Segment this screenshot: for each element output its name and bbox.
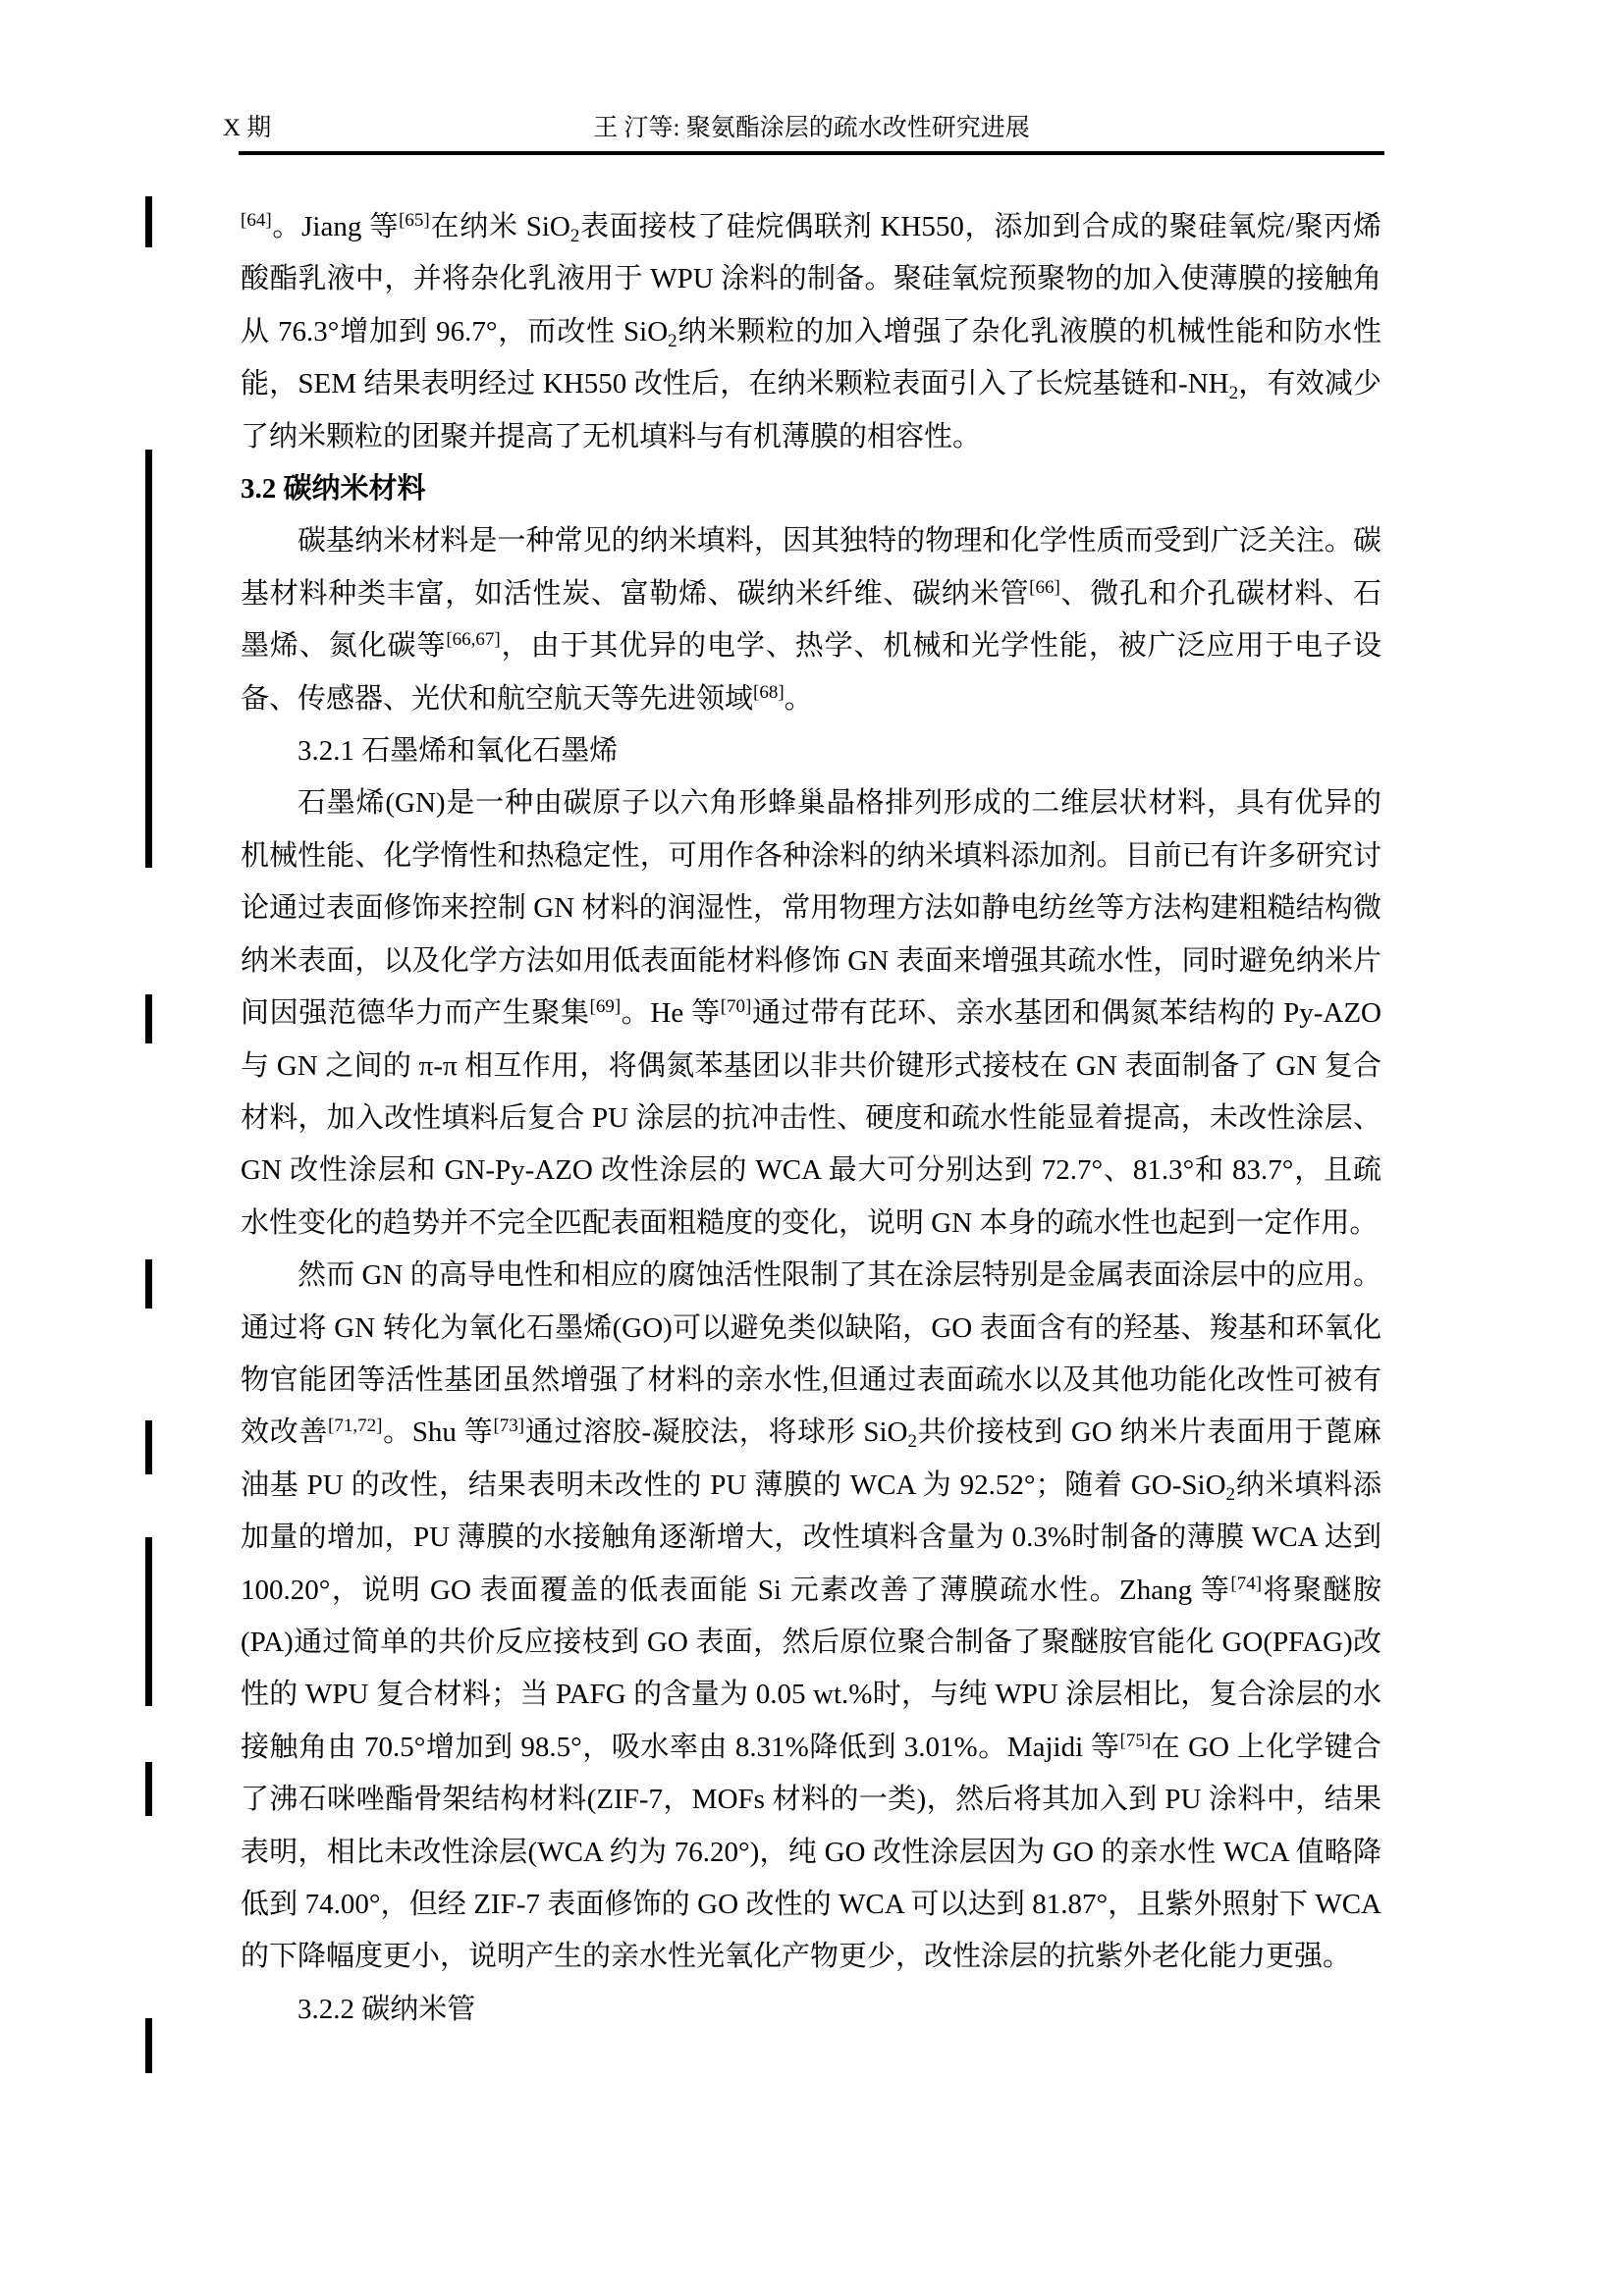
revision-bar <box>145 450 152 868</box>
paragraph: 石墨烯(GN)是一种由碳原子以六角形蜂巢晶格排列形成的二维层状材料，具有优异的机… <box>241 777 1381 1250</box>
citation-superscript: [71,72] <box>328 1415 382 1436</box>
subsection-heading: 3.2.1 石墨烯和氧化石墨烯 <box>241 725 1381 777</box>
citation-superscript: [64] <box>241 210 272 231</box>
citation-superscript: [66] <box>1029 577 1060 598</box>
citation-superscript: [70] <box>721 996 752 1017</box>
revision-bar <box>145 196 152 247</box>
chemical-subscript: 2 <box>1229 383 1239 403</box>
revision-bar <box>145 994 152 1043</box>
revision-bar <box>145 1420 152 1474</box>
citation-superscript: [74] <box>1230 1574 1262 1594</box>
citation-superscript: [75] <box>1120 1731 1152 1751</box>
citation-superscript: [65] <box>399 210 430 231</box>
revision-bar <box>145 2018 152 2073</box>
document-page: X 期 王 汀等: 聚氨酯涂层的疏水改性研究进展 [64]。Jiang 等[65… <box>0 0 1624 2296</box>
paragraph-continued: [64]。Jiang 等[65]在纳米 SiO2表面接枝了硅烷偶联剂 KH550… <box>241 201 1381 463</box>
paragraph: 碳基纳米材料是一种常见的纳米填料，因其独特的物理和化学性质而受到广泛关注。碳基材… <box>241 515 1381 725</box>
citation-superscript: [66,67] <box>446 629 500 650</box>
paragraph: 然而 GN 的高导电性和相应的腐蚀活性限制了其在涂层特别是金属表面涂层中的应用。… <box>241 1250 1381 1984</box>
subsection-heading: 3.2.2 碳纳米管 <box>241 1984 1381 2036</box>
citation-superscript: [69] <box>590 996 622 1017</box>
chemical-subscript: 2 <box>668 331 677 351</box>
revision-bar <box>145 1537 152 1706</box>
chemical-subscript: 2 <box>907 1431 917 1452</box>
citation-superscript: [68] <box>753 682 785 703</box>
chemical-subscript: 2 <box>1226 1484 1236 1505</box>
chemical-subscript: 2 <box>570 226 580 246</box>
header-running-title: 王 汀等: 聚氨酯涂层的疏水改性研究进展 <box>239 114 1384 143</box>
section-heading: 3.2 碳纳米材料 <box>241 463 1381 515</box>
header-rule <box>239 151 1384 155</box>
revision-bar <box>145 1259 152 1308</box>
citation-superscript: [73] <box>493 1415 524 1436</box>
body-text: [64]。Jiang 等[65]在纳米 SiO2表面接枝了硅烷偶联剂 KH550… <box>241 201 1381 2036</box>
revision-bar <box>145 1762 152 1816</box>
